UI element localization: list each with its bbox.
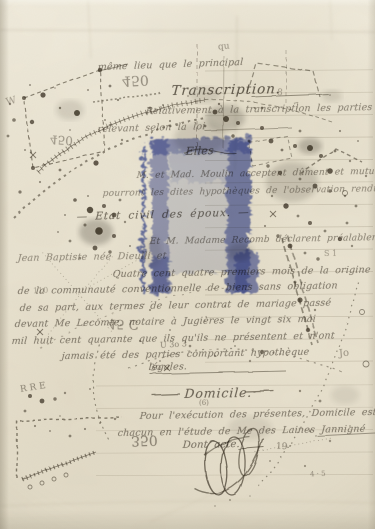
signature-loops [195, 427, 263, 496]
artwork-scan: même lieu que le principalTranscription.… [0, 0, 375, 529]
signature-flourish [0, 0, 375, 529]
